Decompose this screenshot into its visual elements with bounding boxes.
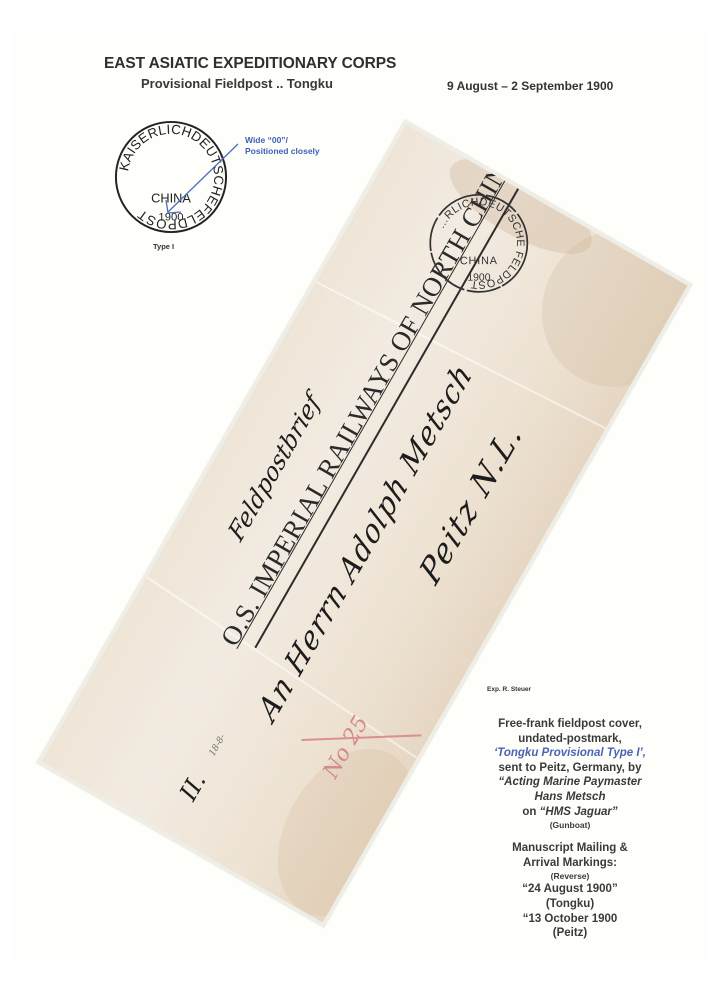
cover-postmark-icon: …RLICHDEUTSCHE FELDPOST CHINA 1900 bbox=[427, 191, 531, 295]
desc-small: (Gunboat) bbox=[470, 819, 670, 831]
desc-place: (Tongku) bbox=[470, 897, 670, 912]
desc-line: Arrival Markings: bbox=[470, 856, 670, 871]
desc-date: “24 August 1900” bbox=[470, 882, 670, 897]
desc-line: undated-postmark, bbox=[470, 732, 670, 747]
desc-highlight: ‘Tongku Provisional Type I’, bbox=[470, 746, 670, 761]
desc-small: (Reverse) bbox=[470, 870, 670, 882]
desc-line: Hans Metsch bbox=[470, 790, 670, 805]
note-line: Wide “00”/ bbox=[245, 135, 320, 146]
desc-line: Manuscript Mailing & bbox=[470, 841, 670, 856]
desc-place: (Peitz) bbox=[470, 926, 670, 941]
date-range: 9 August – 2 September 1900 bbox=[447, 79, 613, 93]
exhibitor-credit: Exp. R. Steuer bbox=[487, 686, 531, 693]
desc-line: sent to Peitz, Germany, by bbox=[470, 761, 670, 776]
ship-name: “HMS Jaguar” bbox=[540, 806, 618, 818]
page-subtitle: Provisional Fieldpost .. Tongku bbox=[141, 76, 333, 91]
page-title: EAST ASIATIC EXPEDITIONARY CORPS bbox=[104, 55, 404, 73]
svg-text:CHINA: CHINA bbox=[460, 255, 498, 267]
note-line: Positioned closely bbox=[245, 146, 320, 157]
desc-line: Free-frank fieldpost cover, bbox=[470, 717, 670, 732]
desc-line: on “HMS Jaguar” bbox=[470, 805, 670, 820]
desc-date: “13 October 1900 bbox=[470, 912, 670, 927]
reference-note: Wide “00”/ Positioned closely bbox=[245, 135, 320, 157]
pencil-note: 18-8- bbox=[208, 733, 228, 758]
desc-prefix: on bbox=[522, 806, 539, 818]
desc-line: “Acting Marine Paymaster bbox=[470, 775, 670, 790]
svg-text:1900: 1900 bbox=[467, 273, 490, 284]
cover-description: Free-frank fieldpost cover, undated-post… bbox=[470, 717, 670, 941]
type-label: Type I bbox=[153, 242, 174, 251]
corner-mark: II. bbox=[174, 768, 212, 805]
